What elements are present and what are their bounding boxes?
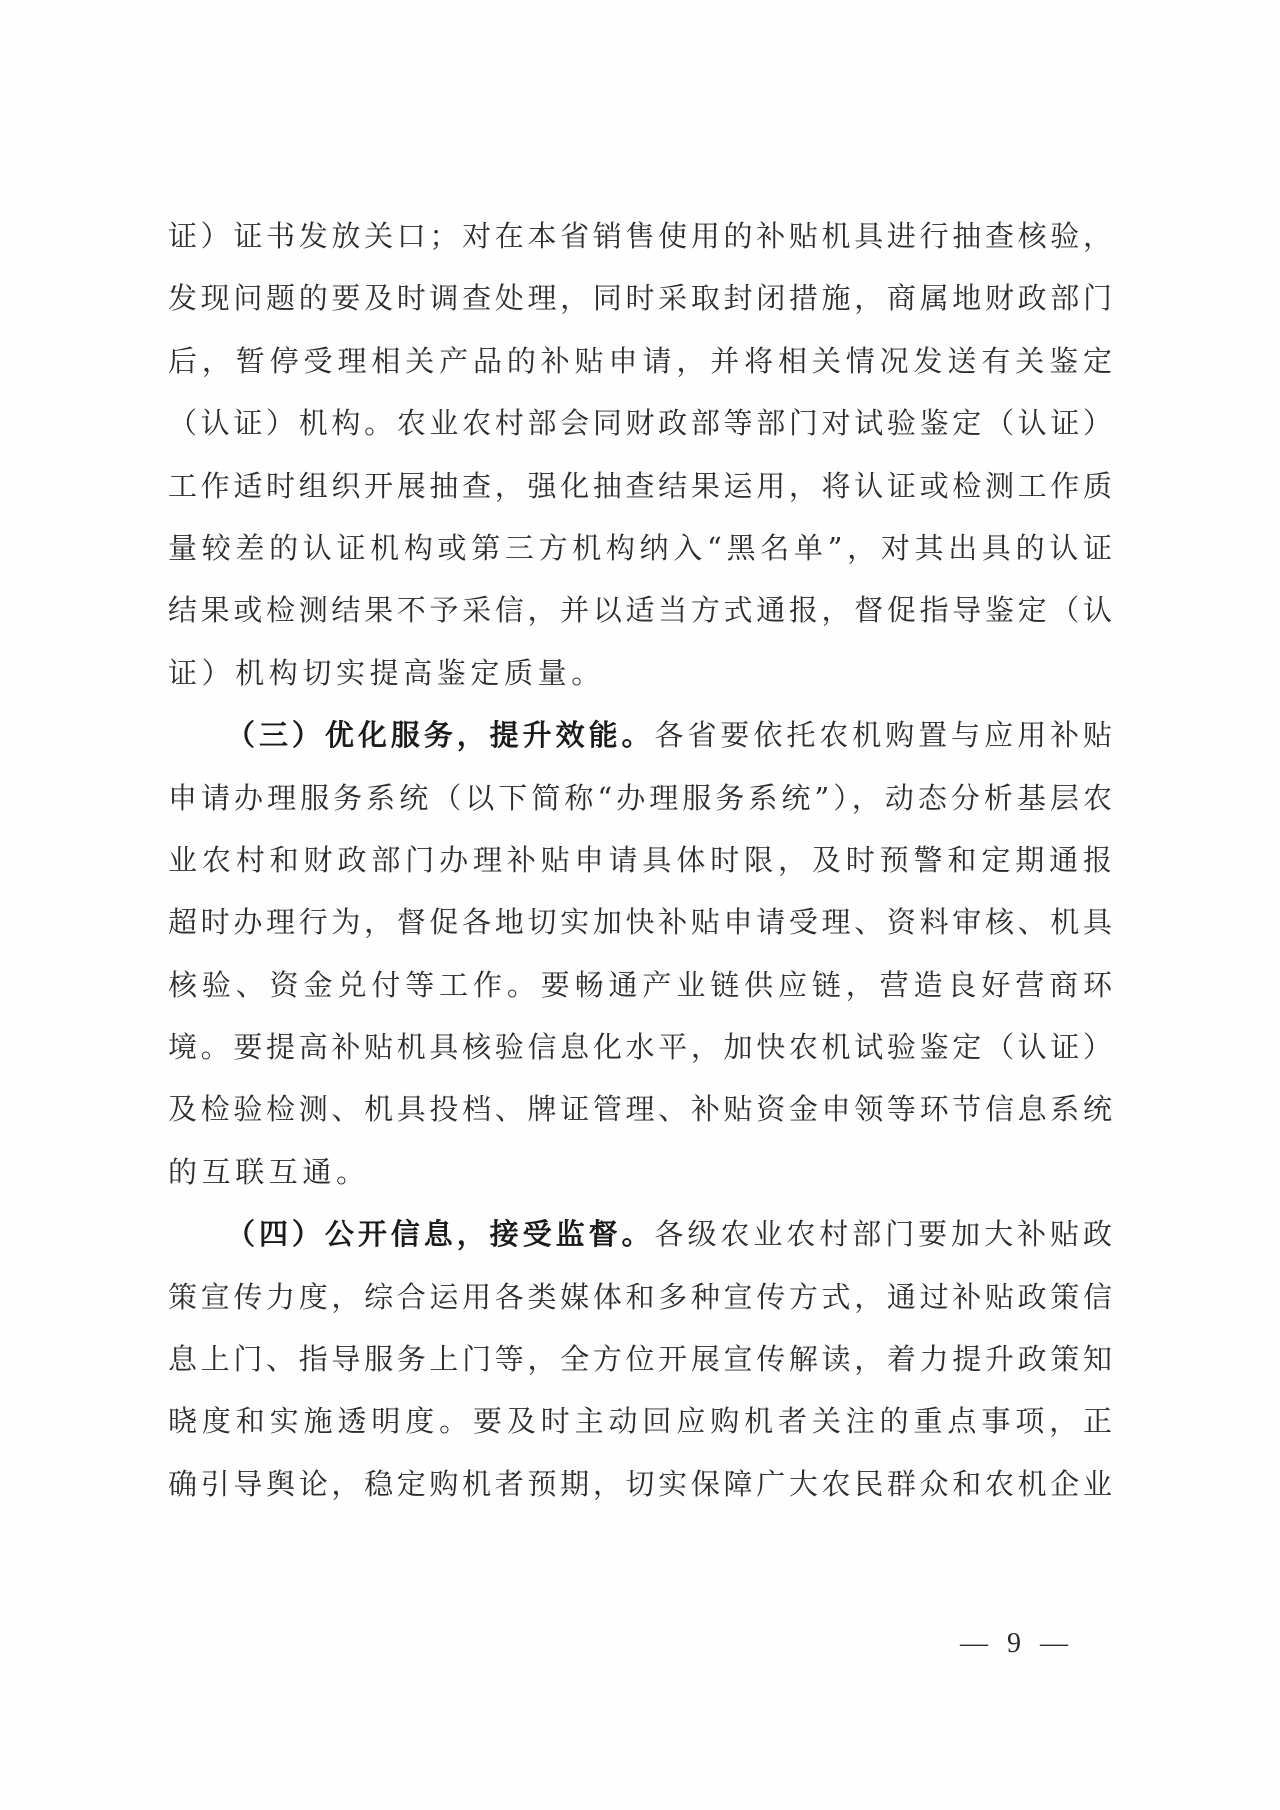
section-4-first-line: （四）公开信息，接受监督。各级农业农村部门要加大补贴政 xyxy=(168,1203,1112,1265)
text-line: 境。要提高补贴机具核验信息化水平，加快农机试验鉴定（认证） xyxy=(168,1016,1112,1078)
text-line: 确引导舆论，稳定购机者预期，切实保障广大农民群众和农机企业 xyxy=(168,1453,1112,1515)
text-line: 息上门、指导服务上门等，全方位开展宣传解读，着力提升政策知 xyxy=(168,1328,1112,1390)
text-line: 证）机构切实提高鉴定质量。 xyxy=(168,642,1112,704)
document-body: 证）证书发放关口；对在本省销售使用的补贴机具进行抽查核验， 发现问题的要及时调查… xyxy=(168,205,1112,1515)
text-line: 工作适时组织开展抽查，强化抽查结果运用，将认证或检测工作质 xyxy=(168,455,1112,517)
text-line: 证）证书发放关口；对在本省销售使用的补贴机具进行抽查核验， xyxy=(168,205,1112,267)
text-line: 量较差的认证机构或第三方机构纳入“黑名单”，对其出具的认证 xyxy=(168,517,1112,579)
text-line: 后，暂停受理相关产品的补贴申请，并将相关情况发送有关鉴定 xyxy=(168,330,1112,392)
text-line: 及检验检测、机具投档、牌证管理、补贴资金申领等环节信息系统 xyxy=(168,1078,1112,1140)
section-4-first-line-text: 各级农业农村部门要加大补贴政 xyxy=(655,1217,1113,1251)
page-number: — 9 — xyxy=(960,1628,1074,1660)
text-line: 的互联互通。 xyxy=(168,1141,1112,1203)
text-line: （认证）机构。农业农村部会同财政部等部门对试验鉴定（认证） xyxy=(168,392,1112,454)
document-page: 证）证书发放关口；对在本省销售使用的补贴机具进行抽查核验， 发现问题的要及时调查… xyxy=(0,0,1280,1810)
text-line: 结果或检测结果不予采信，并以适当方式通报，督促指导鉴定（认 xyxy=(168,579,1112,641)
text-line: 策宣传力度，综合运用各类媒体和多种宣传方式，通过补贴政策信 xyxy=(168,1266,1112,1328)
text-line: 核验、资金兑付等工作。要畅通产业链供应链，营造良好营商环 xyxy=(168,954,1112,1016)
section-4-heading: （四）公开信息，接受监督。 xyxy=(226,1217,655,1251)
text-line: 申请办理服务系统（以下简称“办理服务系统”），动态分析基层农 xyxy=(168,767,1112,829)
section-3-heading: （三）优化服务，提升效能。 xyxy=(226,718,655,752)
text-line: 超时办理行为，督促各地切实加快补贴申请受理、资料审核、机具 xyxy=(168,891,1112,953)
text-line: 业农村和财政部门办理补贴申请具体时限，及时预警和定期通报 xyxy=(168,829,1112,891)
section-3-first-line: （三）优化服务，提升效能。各省要依托农机购置与应用补贴 xyxy=(168,704,1112,766)
text-line: 晓度和实施透明度。要及时主动回应购机者关注的重点事项，正 xyxy=(168,1390,1112,1452)
text-line: 发现问题的要及时调查处理，同时采取封闭措施，商属地财政部门 xyxy=(168,267,1112,329)
section-3-first-line-text: 各省要依托农机购置与应用补贴 xyxy=(655,718,1113,752)
